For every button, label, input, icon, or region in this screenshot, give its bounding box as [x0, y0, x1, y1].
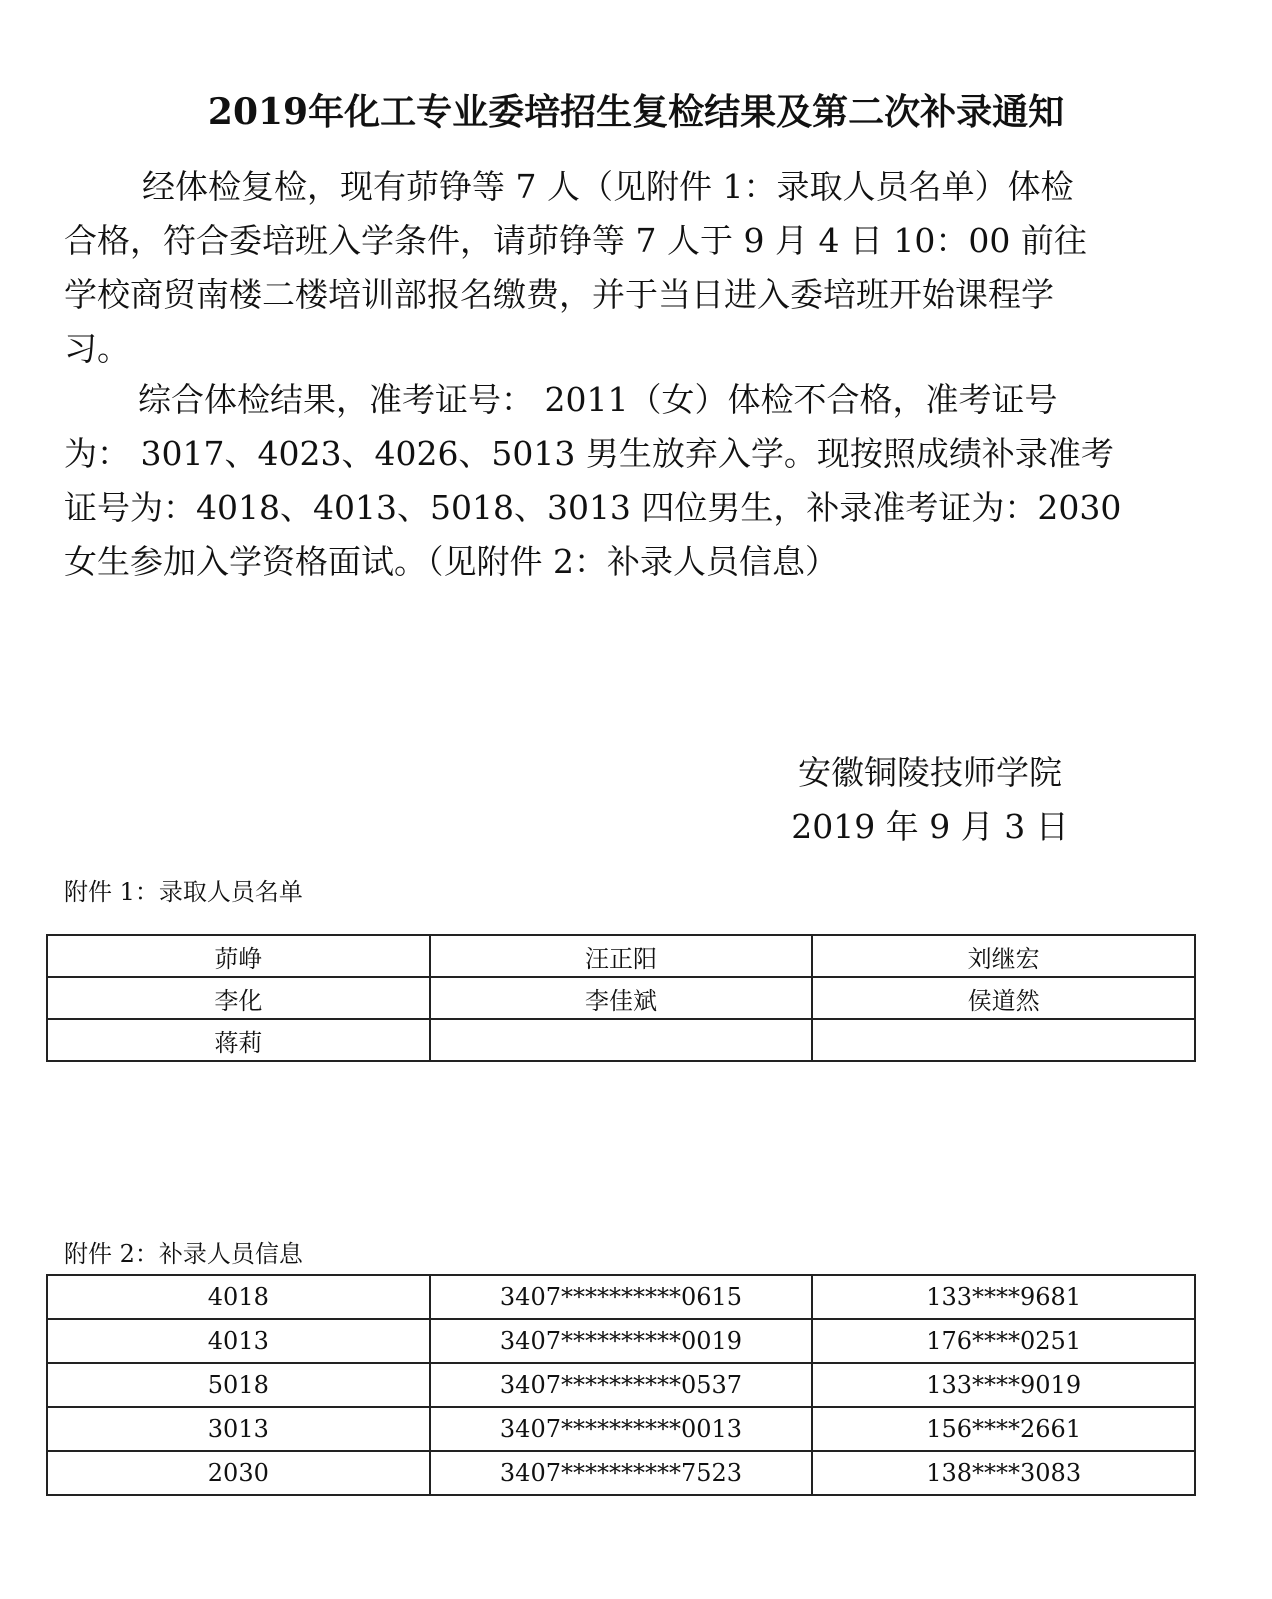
admitted-list-table: 茆峥 汪正阳 刘继宏 李化 李佳斌 侯道然 蒋莉 [46, 934, 1196, 1062]
table-row: 李化 李佳斌 侯道然 [47, 977, 1195, 1019]
table-cell: 刘继宏 [812, 935, 1195, 977]
table-cell: 侯道然 [812, 977, 1195, 1019]
exam-number-cell: 4018 [47, 1275, 430, 1319]
table-row: 3013 3407**********0013 156****2661 [47, 1407, 1195, 1451]
table-cell: 蒋莉 [47, 1019, 430, 1061]
table-row: 4018 3407**********0615 133****9681 [47, 1275, 1195, 1319]
attachment2-label: 附件 2：补录人员信息 [64, 1238, 303, 1270]
exam-number-cell: 4013 [47, 1319, 430, 1363]
paragraph-enrollment-result: 经体检复检，现有茆铮等 7 人（见附件 1：录取人员名单）体检 合格，符合委培班… [64, 160, 1194, 376]
exam-number-cell: 5018 [47, 1363, 430, 1407]
table-cell: 汪正阳 [430, 935, 813, 977]
table-cell: 李佳斌 [430, 977, 813, 1019]
table-cell [430, 1019, 813, 1061]
id-number-cell: 3407**********0537 [430, 1363, 813, 1407]
id-number-cell: 3407**********0019 [430, 1319, 813, 1363]
phone-number-cell: 176****0251 [812, 1319, 1195, 1363]
paragraph-line: 女生参加入学资格面试。（见附件 2：补录人员信息） [64, 535, 1194, 589]
table-cell: 李化 [47, 977, 430, 1019]
id-number-cell: 3407**********7523 [430, 1451, 813, 1495]
attachment1-label: 附件 1：录取人员名单 [64, 876, 303, 908]
id-number-cell: 3407**********0013 [430, 1407, 813, 1451]
paragraph-line: 经体检复检，现有茆铮等 7 人（见附件 1：录取人员名单）体检 [64, 160, 1194, 214]
paragraph-line: 综合体检结果，准考证号： 2011（女）体检不合格，准考证号 [64, 373, 1194, 427]
paragraph-supplementary-admission: 综合体检结果，准考证号： 2011（女）体检不合格，准考证号 为： 3017、4… [64, 373, 1194, 589]
table-cell: 茆峥 [47, 935, 430, 977]
table-cell [812, 1019, 1195, 1061]
id-number-cell: 3407**********0615 [430, 1275, 813, 1319]
phone-number-cell: 156****2661 [812, 1407, 1195, 1451]
paragraph-line: 合格，符合委培班入学条件，请茆铮等 7 人于 9 月 4 日 10：00 前往 [64, 214, 1194, 268]
paragraph-line: 习。 [64, 322, 1194, 376]
signature-date: 2019 年 9 月 3 日 [740, 800, 1120, 854]
signature-organization: 安徽铜陵技师学院 [740, 746, 1120, 800]
table-row: 蒋莉 [47, 1019, 1195, 1061]
table-row: 5018 3407**********0537 133****9019 [47, 1363, 1195, 1407]
phone-number-cell: 133****9681 [812, 1275, 1195, 1319]
exam-number-cell: 3013 [47, 1407, 430, 1451]
phone-number-cell: 133****9019 [812, 1363, 1195, 1407]
phone-number-cell: 138****3083 [812, 1451, 1195, 1495]
notice-page: 2019年化工专业委培招生复检结果及第二次补录通知 经体检复检，现有茆铮等 7 … [0, 0, 1272, 1599]
supplementary-admission-table: 4018 3407**********0615 133****9681 4013… [46, 1274, 1196, 1496]
paragraph-line: 证号为：4018、4013、5018、3013 四位男生，补录准考证为：2030 [64, 481, 1194, 535]
paragraph-line: 为： 3017、4023、4026、5013 男生放弃入学。现按照成绩补录准考 [64, 427, 1194, 481]
table-row: 2030 3407**********7523 138****3083 [47, 1451, 1195, 1495]
exam-number-cell: 2030 [47, 1451, 430, 1495]
document-title: 2019年化工专业委培招生复检结果及第二次补录通知 [0, 86, 1272, 138]
table-row: 茆峥 汪正阳 刘继宏 [47, 935, 1195, 977]
table-row: 4013 3407**********0019 176****0251 [47, 1319, 1195, 1363]
paragraph-line: 学校商贸南楼二楼培训部报名缴费，并于当日进入委培班开始课程学 [64, 268, 1194, 322]
